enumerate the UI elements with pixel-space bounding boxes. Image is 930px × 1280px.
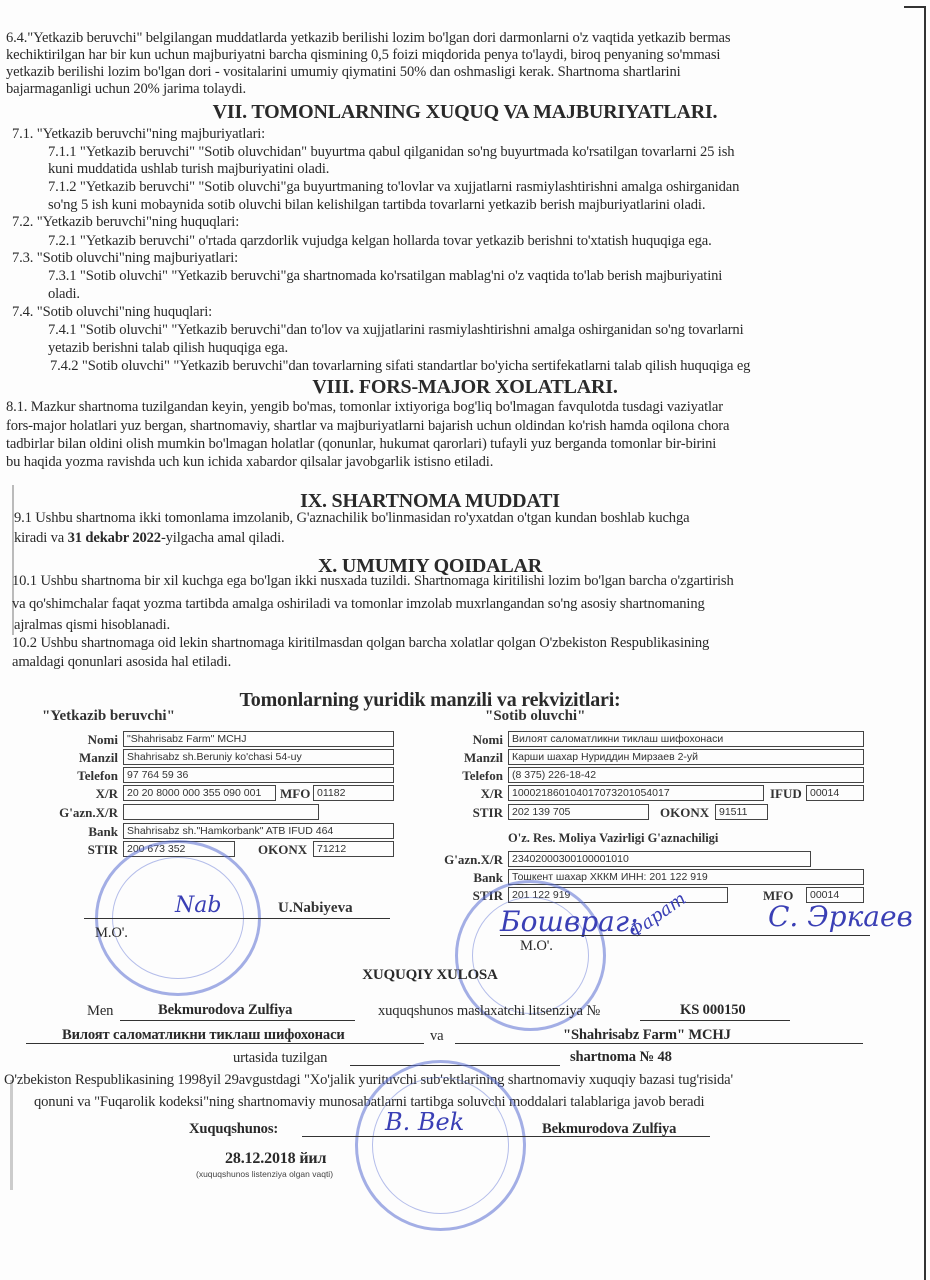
field-label: MFO (280, 786, 310, 802)
buyer-treasury-field: 23402000300100001010 (508, 851, 811, 867)
scan-edge (10, 1080, 13, 1190)
contract-number: shartnoma № 48 (570, 1049, 672, 1066)
scan-edge (904, 6, 926, 8)
buyer-name-field: Вилоят саломатликни тиклаш шифохонаси (508, 731, 864, 747)
signature-line (84, 918, 390, 919)
lawyer-name: Bekmurodova Zulfiya (158, 1002, 292, 1019)
section-7-title: VII. TOMONLARNING XUQUQ VA MAJBURIYATLAR… (0, 101, 930, 124)
field-label: G'azn.X/R (59, 805, 118, 821)
clause-line: yetazib berishni talab qilish huquqiga e… (48, 340, 288, 357)
supplier-signature: Nab (175, 893, 221, 918)
party-a-name: Вилоят саломатликни тиклаш шифохонаси (62, 1027, 345, 1044)
clause-text: kiradi va (14, 530, 68, 546)
field-label: Bank (88, 824, 118, 840)
buyer-director-signature: Бошвраг: (500, 905, 638, 938)
supplier-signer: U.Nabiyeva (278, 900, 353, 917)
supplier-name-field: "Shahrisabz Farm" MCHJ (123, 731, 394, 747)
supplier-title: "Yetkazib beruvchi" (42, 708, 175, 725)
paragraph-6-4-line: yetkazib berilishi lozim bo'lgan dori - … (6, 64, 681, 81)
lawyer-stamp (355, 1060, 526, 1231)
buyer-signer-name: С. Эркаев (768, 900, 913, 933)
buyer-address-field: Карши шахар Нуриддин Мирзаев 2-уй (508, 749, 864, 765)
clause-text: -yilgacha amal qiladi. (161, 530, 285, 546)
clause-line: oladi. (48, 286, 80, 303)
buyer-tin-field: 202 139 705 (508, 804, 649, 820)
section-8-title: VIII. FORS-MAJOR XOLATLARI. (0, 376, 930, 399)
clause-line: ajralmas qismi hisoblanadi. (14, 617, 170, 634)
clause-line: 10.1 Ushbu shartnoma bir xil kuchga ega … (12, 573, 734, 590)
clause-line: 8.1. Mazkur shartnoma tuzilgandan keyin,… (6, 399, 723, 416)
lawyer-label: Xuquqshunos: (189, 1121, 278, 1138)
seal-place: M.O'. (520, 938, 553, 955)
clause-line: 7.2.1 "Yetkazib beruvchi" o'rtada qarzdo… (48, 233, 712, 250)
paragraph-6-4-line: 6.4."Yetkazib beruvchi" belgilangan mudd… (6, 30, 730, 47)
conclusion-title: XUQUQIY XULOSA (0, 967, 860, 984)
field-label: X/R (96, 786, 118, 802)
supplier-okonx-field: 71212 (313, 841, 394, 857)
field-label: Telefon (77, 768, 118, 784)
field-label: Nomi (88, 732, 118, 748)
conclusion-men: Men (87, 1003, 113, 1020)
underline (120, 1020, 355, 1021)
supplier-mfo-field: 01182 (313, 785, 394, 801)
field-label: OKONX (258, 842, 307, 858)
clause-line: va qo'shimchalar faqat yozma tartibda am… (12, 596, 705, 613)
treasury-title: O'z. Res. Moliya Vazirligi G'aznachiligi (508, 831, 718, 846)
field-label: Nomi (473, 732, 503, 748)
field-label: Manzil (79, 750, 118, 766)
buyer-okonx-field: 91511 (715, 804, 768, 820)
contract-page: 6.4."Yetkazib beruvchi" belgilangan mudd… (0, 0, 930, 1280)
conclusion-va: va (430, 1028, 443, 1045)
field-label: Manzil (464, 750, 503, 766)
clause-line: so'ng 5 ish kuni mobaynida sotib oluvchi… (48, 197, 705, 214)
party-b-name: "Shahrisabz Farm" MCHJ (563, 1027, 731, 1044)
clause-line: kuni muddatida ushlab turish majburiyati… (48, 161, 329, 178)
buyer-account-field: 100021860104017073201054017 (508, 785, 764, 801)
supplier-bank-field: Shahrisabz sh."Hamkorbank" ATB IFUD 464 (123, 823, 394, 839)
clause-line: 7.1. "Yetkazib beruvchi"ning majburiyatl… (12, 126, 265, 143)
clause-line: fors-major holatlari yuz bergan, shartno… (6, 418, 729, 435)
end-date: 31 dekabr 2022 (68, 530, 161, 546)
clause-line: 7.3.1 "Sotib oluvchi" "Yetkazib beruvchi… (48, 268, 722, 285)
clause-line: 7.1.1 "Yetkazib beruvchi" "Sotib oluvchi… (48, 144, 734, 161)
field-label: X/R (481, 786, 503, 802)
field-label: Telefon (462, 768, 503, 784)
conclusion-between: urtasida tuzilgan (233, 1050, 327, 1067)
clause-line: 7.2. "Yetkazib beruvchi"ning huquqlari: (12, 214, 239, 231)
buyer-ifud-field: 00014 (806, 785, 864, 801)
supplier-address-field: Shahrisabz sh.Beruniy ko'chasi 54-uy (123, 749, 394, 765)
clause-line: bu haqida yozma ravishda uch kun ichida … (6, 454, 493, 471)
field-label: STIR (473, 805, 503, 821)
license-text: xuquqshunos maslaxatchi litsenziya № (378, 1003, 600, 1020)
clause-line: kiradi va 31 dekabr 2022-yilgacha amal q… (14, 530, 285, 547)
clause-line: 7.4.1 "Sotib oluvchi" "Yetkazib beruvchi… (48, 322, 743, 339)
lawyer-sign-name: Bekmurodova Zulfiya (542, 1121, 676, 1138)
field-label: G'azn.X/R (444, 852, 503, 868)
clause-line: 7.1.2 "Yetkazib beruvchi" "Sotib oluvchi… (48, 179, 739, 196)
paragraph-6-4-line: bajarmaganligi uchun 20% jarima tolaydi. (6, 81, 246, 98)
law-line: O'zbekiston Respublikasining 1998yil 29a… (4, 1072, 733, 1089)
field-label: IFUD (770, 786, 802, 802)
field-label: OKONX (660, 805, 709, 821)
scan-edge (924, 6, 926, 1280)
seal-place: M.O'. (95, 925, 128, 942)
underline (640, 1020, 790, 1021)
clause-line: amaldagi qonunlari asosida hal etiladi. (12, 654, 231, 671)
signature-line (500, 935, 870, 936)
license-date: 28.12.2018 йил (225, 1150, 326, 1167)
supplier-phone-field: 97 764 59 36 (123, 767, 394, 783)
clause-line: 7.3. "Sotib oluvchi"ning majburiyatlari: (12, 250, 238, 267)
buyer-phone-field: (8 375) 226-18-42 (508, 767, 864, 783)
lawyer-signature: B. Bek (385, 1108, 464, 1136)
paragraph-6-4-line: kechiktirilgan har bir kun uchun majburi… (6, 47, 720, 64)
supplier-treasury-field (123, 804, 319, 820)
supplier-account-field: 20 20 8000 000 355 090 001 (123, 785, 276, 801)
clause-line: 9.1 Ushbu shartnoma ikki tomonlama imzol… (14, 510, 689, 527)
clause-line: 10.2 Ushbu shartnomaga oid lekin shartno… (12, 635, 709, 652)
license-number: KS 000150 (680, 1002, 746, 1019)
field-label: STIR (88, 842, 118, 858)
field-label: Bank (473, 870, 503, 886)
license-date-note: (xuquqshunos listenziya olgan vaqti) (196, 1169, 333, 1179)
buyer-title: "Sotib oluvchi" (485, 708, 585, 725)
buyer-bank-field: Тошкент шахар ХККМ ИНН: 201 122 919 (508, 869, 864, 885)
clause-line: 7.4. "Sotib oluvchi"ning huquqlari: (12, 304, 212, 321)
clause-line: 7.4.2 "Sotib oluvchi" "Yetkazib beruvchi… (50, 358, 750, 375)
clause-line: tadbirlar bilan oldini olish mumkin bo'l… (6, 436, 716, 453)
